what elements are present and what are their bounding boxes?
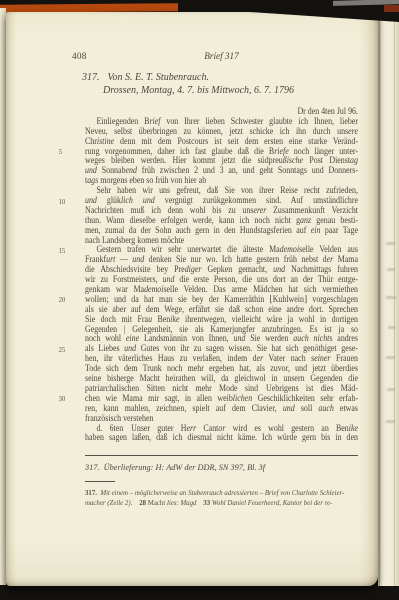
line-text: ren, kann mahlen, zeichnen, spielt auf d… (85, 403, 358, 413)
line-text: die Abschiedsvisite bey Prediger Gepken … (85, 264, 358, 274)
line-text: Dr den 4ten Jul 96. (297, 106, 358, 116)
line-text: Frankfurt — und denken Sie nur wo. Ich h… (85, 254, 358, 264)
footnote-rule (85, 481, 115, 482)
line-text: als sie aber auf dem Wege, erfährt sie d… (85, 304, 358, 314)
footnotes: 317. Mit einem – möglicherweise an Stube… (85, 488, 364, 508)
line-text: d. 6ten Unser guter Herr Cantor wird es … (96, 423, 358, 433)
line-text: wir zu Forstmeisters, und die erste Pers… (85, 274, 358, 284)
apparatus-rule (85, 455, 358, 456)
photographed-book-page: 408 Brief 317 317. Von S. E. T. Stubenra… (0, 0, 399, 600)
line-text: Sehr haben wir uns gefreut, daß Sie von … (96, 185, 358, 195)
page-stack-right-edge (378, 14, 399, 586)
ghost-text (388, 326, 395, 329)
ghost-text (386, 242, 395, 245)
line-text: thun. Wann dieselbe erfolgen werde, kann… (85, 215, 358, 225)
footnote-line: 317. Mit einem – möglicherweise an Stube… (85, 488, 364, 498)
letter-heading: 317. Von S. E. T. Stubenrauch. Drossen, … (82, 71, 294, 97)
letter-number: 317. (82, 71, 100, 84)
running-head: Brief 317 (85, 51, 358, 61)
line-number: 30 (59, 394, 78, 404)
line-text: noch wohl eine Landsmännin von Ihnen, un… (85, 333, 358, 343)
line-text: Nachrichten muß ich denn wohl bis zu uns… (85, 205, 358, 215)
letter-place-date: Drossen, Montag, 4. 7. bis Mittwoch, 6. … (103, 84, 294, 97)
line-text: Christine denn mit dem Postcours ist sei… (85, 136, 358, 146)
letter-sender: Von S. E. T. Stubenrauch. (108, 71, 209, 84)
ghost-text (386, 296, 396, 299)
page-edge-seam (379, 14, 380, 586)
line-text: und Sonnabend früh zwischen 2 und 3 an, … (85, 165, 358, 175)
line-text: men, zumal da der Sohn auch gern in den … (85, 225, 358, 235)
footnote-line: macher (Zeile 2). 28 Macht lies: Magd 33… (85, 498, 364, 508)
line-text: Neveu, selbst überbringen zu können, jet… (85, 126, 358, 136)
line-number: 25 (59, 345, 78, 355)
line-text: Gegenden | Gelegenheit, sie als Kamerjun… (85, 324, 358, 334)
ghost-text (386, 420, 395, 423)
line-text: und glüklich und vergnügt zurükgekommen … (85, 195, 358, 205)
line-text: Sie doch mit Frau Benike ihrentwegen, vi… (85, 314, 358, 324)
page-edge-seam (394, 14, 395, 586)
line-text: wollen; und da hat man sie bey der Kamer… (85, 294, 358, 304)
line-number: 5 (59, 147, 78, 157)
line-text: Einliegenden Brief von Ihrer lieben Schw… (96, 116, 358, 126)
line-text: französisch verstehen (85, 413, 153, 423)
line-number: 15 (59, 246, 78, 256)
line-text: genkam war Mademoiselle Velden. Das arme… (85, 284, 358, 294)
line-text: als Liebes und Gutes von ihr zu sagen wi… (85, 343, 358, 353)
ghost-text (387, 268, 395, 271)
ghost-text (386, 356, 395, 359)
letter-line: haben sagen laßen, daß ich diesmal nicht… (85, 433, 358, 443)
line-text: tags morgens eben so früh von hier ab (85, 175, 206, 185)
letter-body: Dr den 4ten Jul 96.Einliegenden Brief vo… (85, 107, 358, 443)
line-text: Tode sich dem Trunk noch mehr ergeben ha… (85, 363, 358, 373)
line-text: Gestern trafen wir sehr unerwartet die ä… (96, 244, 358, 254)
line-text: weges bleiben werden. Hier kommt jetzt d… (85, 155, 358, 165)
line-number: 20 (59, 295, 78, 305)
line-text: rung vorgenommen, daher ich fast glaube … (85, 146, 358, 156)
line-text: chen wie Mama mir sagt, in allen weiblic… (85, 393, 358, 403)
line-text: hen, ihr väterliches Haus zu verlaßen, i… (85, 353, 358, 363)
line-number: 10 (59, 197, 78, 207)
ghost-text (387, 388, 395, 391)
line-text: nach Landsberg komen möchte (85, 235, 184, 245)
transmission-note: 317. Überlieferung: H: AdW der DDR, SN 3… (85, 462, 358, 473)
line-text: patriarchalischen Sitten nicht mehr Mode… (85, 383, 358, 393)
book-page: 408 Brief 317 317. Von S. E. T. Stubenra… (6, 12, 378, 586)
line-text: seine bisherge Macht heirathen will, da … (85, 373, 358, 383)
line-text: haben sagen laßen, daß ich diesmal nicht… (85, 432, 358, 442)
